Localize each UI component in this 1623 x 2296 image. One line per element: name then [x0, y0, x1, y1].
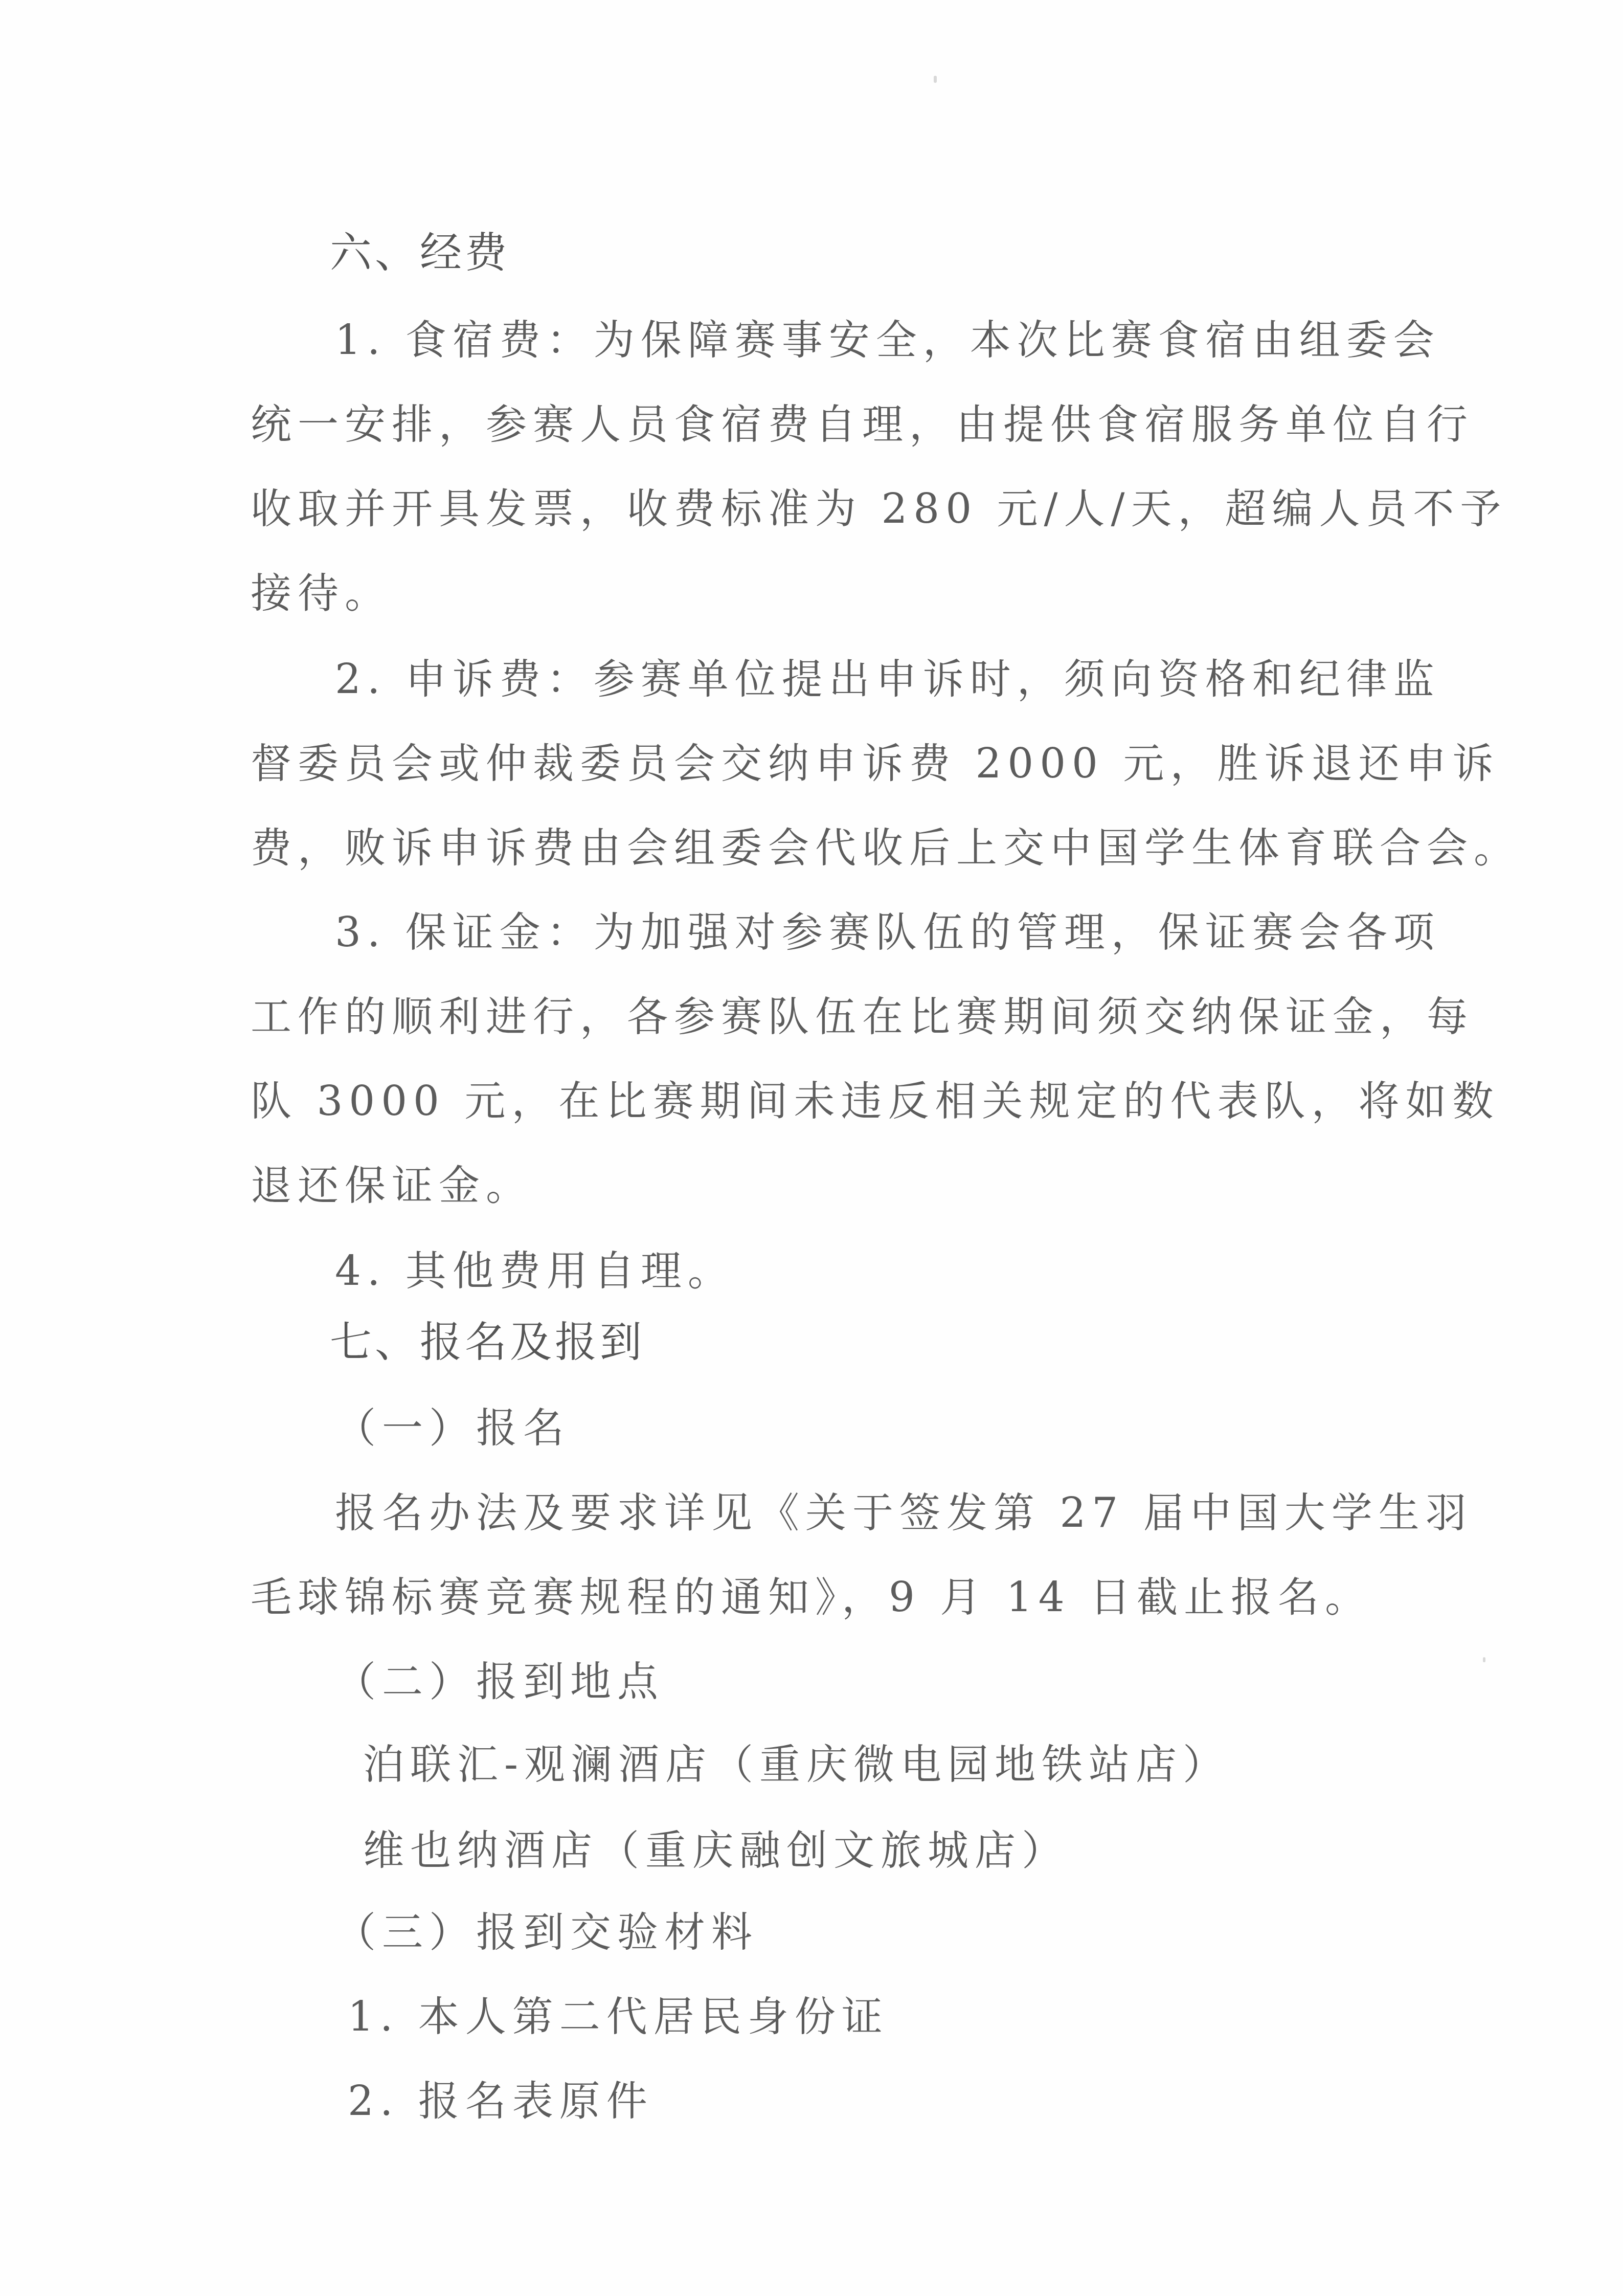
paragraph-line: 队 3000 元，在比赛期间未违反相关规定的代表队，将如数 [251, 1076, 1396, 1127]
paragraph-line: 统一安排，参赛人员食宿费自理，由提供食宿服务单位自行 [251, 399, 1396, 450]
scan-speck [1483, 1657, 1485, 1662]
subsection-heading-signup: （一）报名 [335, 1402, 570, 1454]
paragraph-line: 接待。 [251, 568, 392, 619]
paragraph-line: 4. 其他费用自理。 [335, 1245, 735, 1297]
paragraph-line: 2. 申诉费：参赛单位提出申诉时，须向资格和纪律监 [335, 654, 1396, 705]
paragraph-line: 费，败诉申诉费由会组委会代收后上交中国学生体育联合会。 [251, 822, 1422, 874]
paragraph-line: 收取并开具发票，收费标准为 280 元/人/天，超编人员不予 [251, 483, 1396, 534]
paragraph-line: 工作的顺利进行，各参赛队伍在比赛期间须交纳保证金，每 [251, 991, 1396, 1042]
subsection-heading-checkin-location: （二）报到地点 [335, 1656, 664, 1707]
subsection-heading-materials: （三）报到交验材料 [335, 1907, 758, 1958]
location-item: 泊联汇-观澜酒店（重庆微电园地铁站店） [363, 1739, 1230, 1790]
paragraph-line: 1. 食宿费：为保障赛事安全，本次比赛食宿由组委会 [335, 315, 1396, 366]
location-item: 维也纳酒店（重庆融创文旅城店） [363, 1825, 1069, 1876]
document-page: 六、经费 1. 食宿费：为保障赛事安全，本次比赛食宿由组委会 统一安排，参赛人员… [0, 0, 1623, 2296]
paragraph-line: 报名办法及要求详见《关于签发第 27 届中国大学生羽 [335, 1487, 1396, 1539]
scan-speck [934, 76, 937, 83]
material-item: 2. 报名表原件 [348, 2076, 653, 2127]
paragraph-line: 毛球锦标赛竞赛规程的通知》，9 月 14 日截止报名。 [251, 1572, 1372, 1623]
section-heading-funding: 六、经费 [330, 228, 510, 279]
paragraph-line: 督委员会或仲裁委员会交纳申诉费 2000 元，胜诉退还申诉 [251, 738, 1396, 789]
section-heading-registration: 七、报名及报到 [330, 1317, 645, 1368]
paragraph-line: 退还保证金。 [251, 1160, 533, 1211]
material-item: 1. 本人第二代居民身份证 [348, 1991, 889, 2042]
paragraph-line: 3. 保证金：为加强对参赛队伍的管理，保证赛会各项 [335, 907, 1396, 958]
